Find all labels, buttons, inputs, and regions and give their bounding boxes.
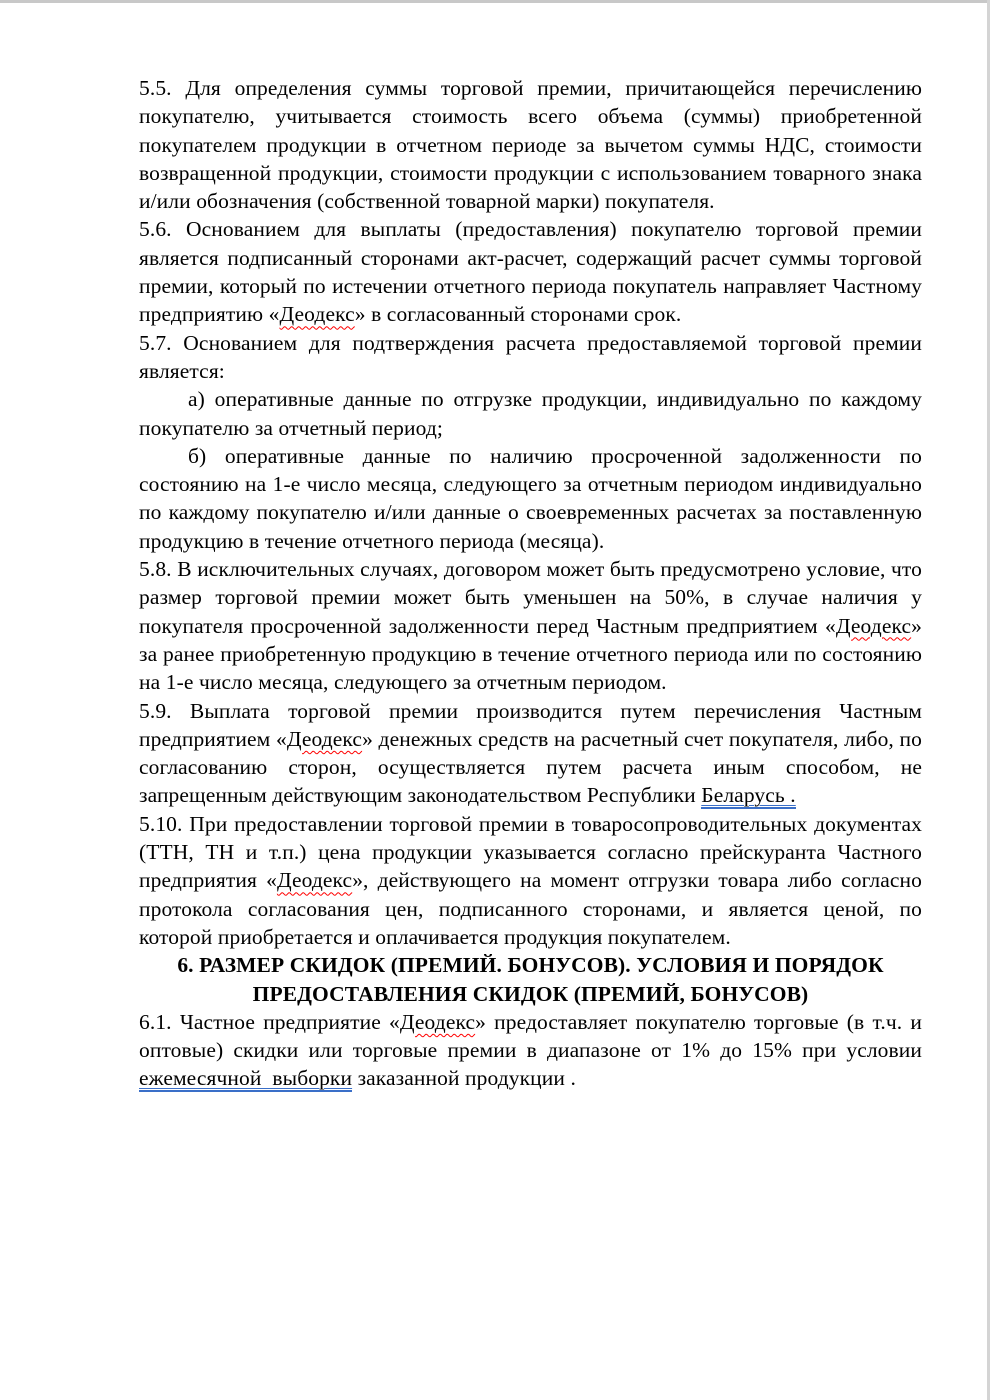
paragraph-6-1-text: 6.1. Частное предприятие « <box>139 1010 400 1034</box>
section-6-heading-text: 6. РАЗМЕР СКИДОК (ПРЕМИЙ. БОНУСОВ). УСЛО… <box>177 953 883 1005</box>
spellcheck-flagged-term: Деодекс <box>287 727 362 751</box>
paragraph-5-5-text: 5.5. Для определения суммы торговой прем… <box>139 76 922 213</box>
paragraph-5-10: 5.10. При предоставлении торговой премии… <box>139 810 922 951</box>
paragraph-5-5: 5.5. Для определения суммы торговой прем… <box>139 74 922 215</box>
paragraph-5-8-text: 5.8. В исключительных случаях, договором… <box>139 557 922 638</box>
list-item-b-text: б) оперативные данные по наличию просроч… <box>139 444 922 553</box>
paragraph-5-8: 5.8. В исключительных случаях, договором… <box>139 555 922 696</box>
document-page: 5.5. Для определения суммы торговой прем… <box>139 0 922 1093</box>
spellcheck-flagged-term: Деодекс <box>280 302 355 326</box>
spellcheck-flagged-term: Деодекс <box>836 614 911 638</box>
list-item-a-text: а) оперативные данные по отгрузке продук… <box>139 387 922 439</box>
tracked-insertion-monthly-volume: ежемесячной выборки <box>139 1066 352 1092</box>
paragraph-5-7-text: 5.7. Основанием для подтверждения расчет… <box>139 331 922 383</box>
spellcheck-flagged-term: Деодекс <box>277 868 352 892</box>
paragraph-6-1: 6.1. Частное предприятие «Деодекс» предо… <box>139 1008 922 1093</box>
tracked-insertion-belarus: Беларусь . <box>701 783 795 809</box>
section-6-heading: 6. РАЗМЕР СКИДОК (ПРЕМИЙ. БОНУСОВ). УСЛО… <box>139 951 922 1008</box>
paragraph-6-1-text-end: заказанной продукции . <box>352 1066 576 1090</box>
paragraph-5-7: 5.7. Основанием для подтверждения расчет… <box>139 329 922 386</box>
paragraph-5-6: 5.6. Основанием для выплаты (предоставле… <box>139 215 922 328</box>
paragraph-5-9: 5.9. Выплата торговой премии производитс… <box>139 697 922 810</box>
list-item-b: б) оперативные данные по наличию просроч… <box>139 442 922 555</box>
paragraph-5-6-text-end: » в согласованный сторонами срок. <box>355 302 682 326</box>
spellcheck-flagged-term: Деодекс <box>400 1010 475 1034</box>
list-item-a: а) оперативные данные по отгрузке продук… <box>139 385 922 442</box>
